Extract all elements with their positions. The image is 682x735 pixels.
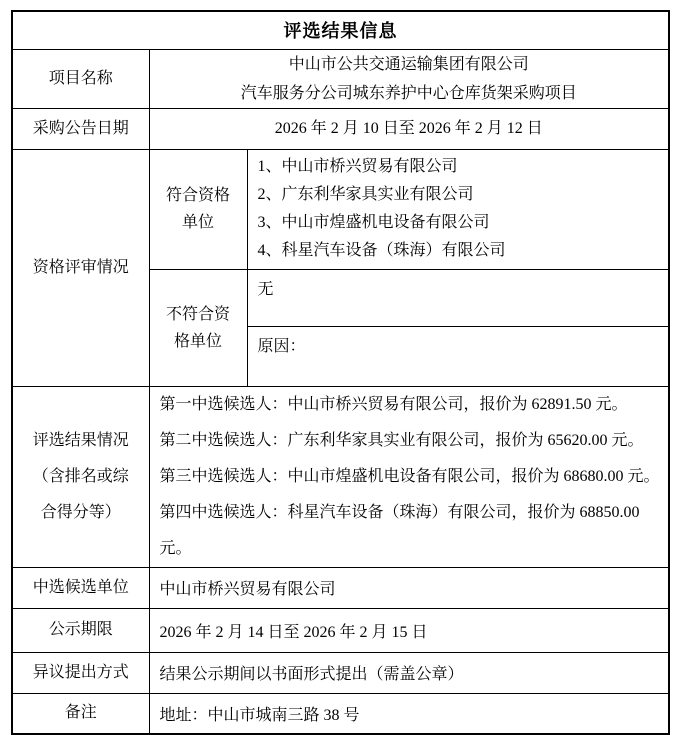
row-label-publicity-period: 公示期限 xyxy=(12,608,149,652)
remark-value: 地址：中山市城南三路 38 号 xyxy=(149,693,669,734)
table-row: 中选候选单位 中山市桥兴贸易有限公司 xyxy=(12,567,669,608)
result-candidate-item: 第一中选候选人：中山市桥兴贸易有限公司，报价为 62891.50 元。 xyxy=(160,387,667,423)
table-row: 评选结果情况（含排名或综合得分等） 第一中选候选人：中山市桥兴贸易有限公司，报价… xyxy=(12,386,669,567)
table-row: 异议提出方式 结果公示期间以书面形式提出（需盖公章） xyxy=(12,652,669,693)
row-label-announce-date: 采购公告日期 xyxy=(12,108,149,149)
sublabel-qualified: 符合资格单位 xyxy=(149,149,247,269)
page: { "title": "评选结果信息", "rows": { "project_… xyxy=(0,0,682,710)
row-label-winner: 中选候选单位 xyxy=(12,567,149,608)
qualified-company-item: 4、科星汽车设备（珠海）有限公司 xyxy=(258,237,667,265)
project-name-line2: 汽车服务分公司城东养护中心仓库货架采购项目 xyxy=(150,79,669,108)
sublabel-qualified-text: 符合资格单位 xyxy=(164,182,232,236)
row-label-project-name: 项目名称 xyxy=(12,49,149,108)
project-name-line1: 中山市公共交通运输集团有限公司 xyxy=(150,50,669,79)
row-label-objection: 异议提出方式 xyxy=(12,652,149,693)
winner-value: 中山市桥兴贸易有限公司 xyxy=(149,567,669,608)
unqualified-reason-label: 原因： xyxy=(247,326,669,386)
qualified-companies-list: 1、中山市桥兴贸易有限公司 2、广东利华家具实业有限公司 3、中山市煌盛机电设备… xyxy=(247,149,669,269)
objection-value: 结果公示期间以书面形式提出（需盖公章） xyxy=(149,652,669,693)
qualified-company-item: 1、中山市桥兴贸易有限公司 xyxy=(258,153,667,181)
table-row: 备注 地址：中山市城南三路 38 号 xyxy=(12,693,669,734)
table-row: 评选结果信息 xyxy=(12,11,669,49)
result-candidate-item: 第三中选候选人：中山市煌盛机电设备有限公司，报价为 68680.00 元。 xyxy=(160,459,667,495)
page-title: 评选结果信息 xyxy=(12,11,669,49)
table-row: 公示期限 2026 年 2 月 14 日至 2026 年 2 月 15 日 xyxy=(12,608,669,652)
row-label-result-text: 评选结果情况（含排名或综合得分等） xyxy=(32,423,130,531)
result-candidates-list: 第一中选候选人：中山市桥兴贸易有限公司，报价为 62891.50 元。 第二中选… xyxy=(149,386,669,567)
row-label-result: 评选结果情况（含排名或综合得分等） xyxy=(12,386,149,567)
sublabel-unqualified: 不符合资格单位 xyxy=(149,269,247,386)
result-candidate-item: 第四中选候选人：科星汽车设备（珠海）有限公司，报价为 68850.00 元。 xyxy=(160,495,667,567)
unqualified-value: 无 xyxy=(247,269,669,326)
publicity-period-value: 2026 年 2 月 14 日至 2026 年 2 月 15 日 xyxy=(149,608,669,652)
row-label-qualification: 资格评审情况 xyxy=(12,149,149,386)
announce-date-value: 2026 年 2 月 10 日至 2026 年 2 月 12 日 xyxy=(149,108,669,149)
table-row: 资格评审情况 符合资格单位 1、中山市桥兴贸易有限公司 2、广东利华家具实业有限… xyxy=(12,149,669,269)
qualified-company-item: 3、中山市煌盛机电设备有限公司 xyxy=(258,209,667,237)
qualified-company-item: 2、广东利华家具实业有限公司 xyxy=(258,181,667,209)
table-row: 采购公告日期 2026 年 2 月 10 日至 2026 年 2 月 12 日 xyxy=(12,108,669,149)
result-candidate-item: 第二中选候选人：广东利华家具实业有限公司，报价为 65620.00 元。 xyxy=(160,423,667,459)
project-name-value: 中山市公共交通运输集团有限公司 汽车服务分公司城东养护中心仓库货架采购项目 xyxy=(149,49,669,108)
sublabel-unqualified-text: 不符合资格单位 xyxy=(164,301,232,355)
row-label-remark: 备注 xyxy=(12,693,149,734)
table-row: 项目名称 中山市公共交通运输集团有限公司 汽车服务分公司城东养护中心仓库货架采购… xyxy=(12,49,669,108)
evaluation-result-table: 评选结果信息 项目名称 中山市公共交通运输集团有限公司 汽车服务分公司城东养护中… xyxy=(11,10,670,735)
